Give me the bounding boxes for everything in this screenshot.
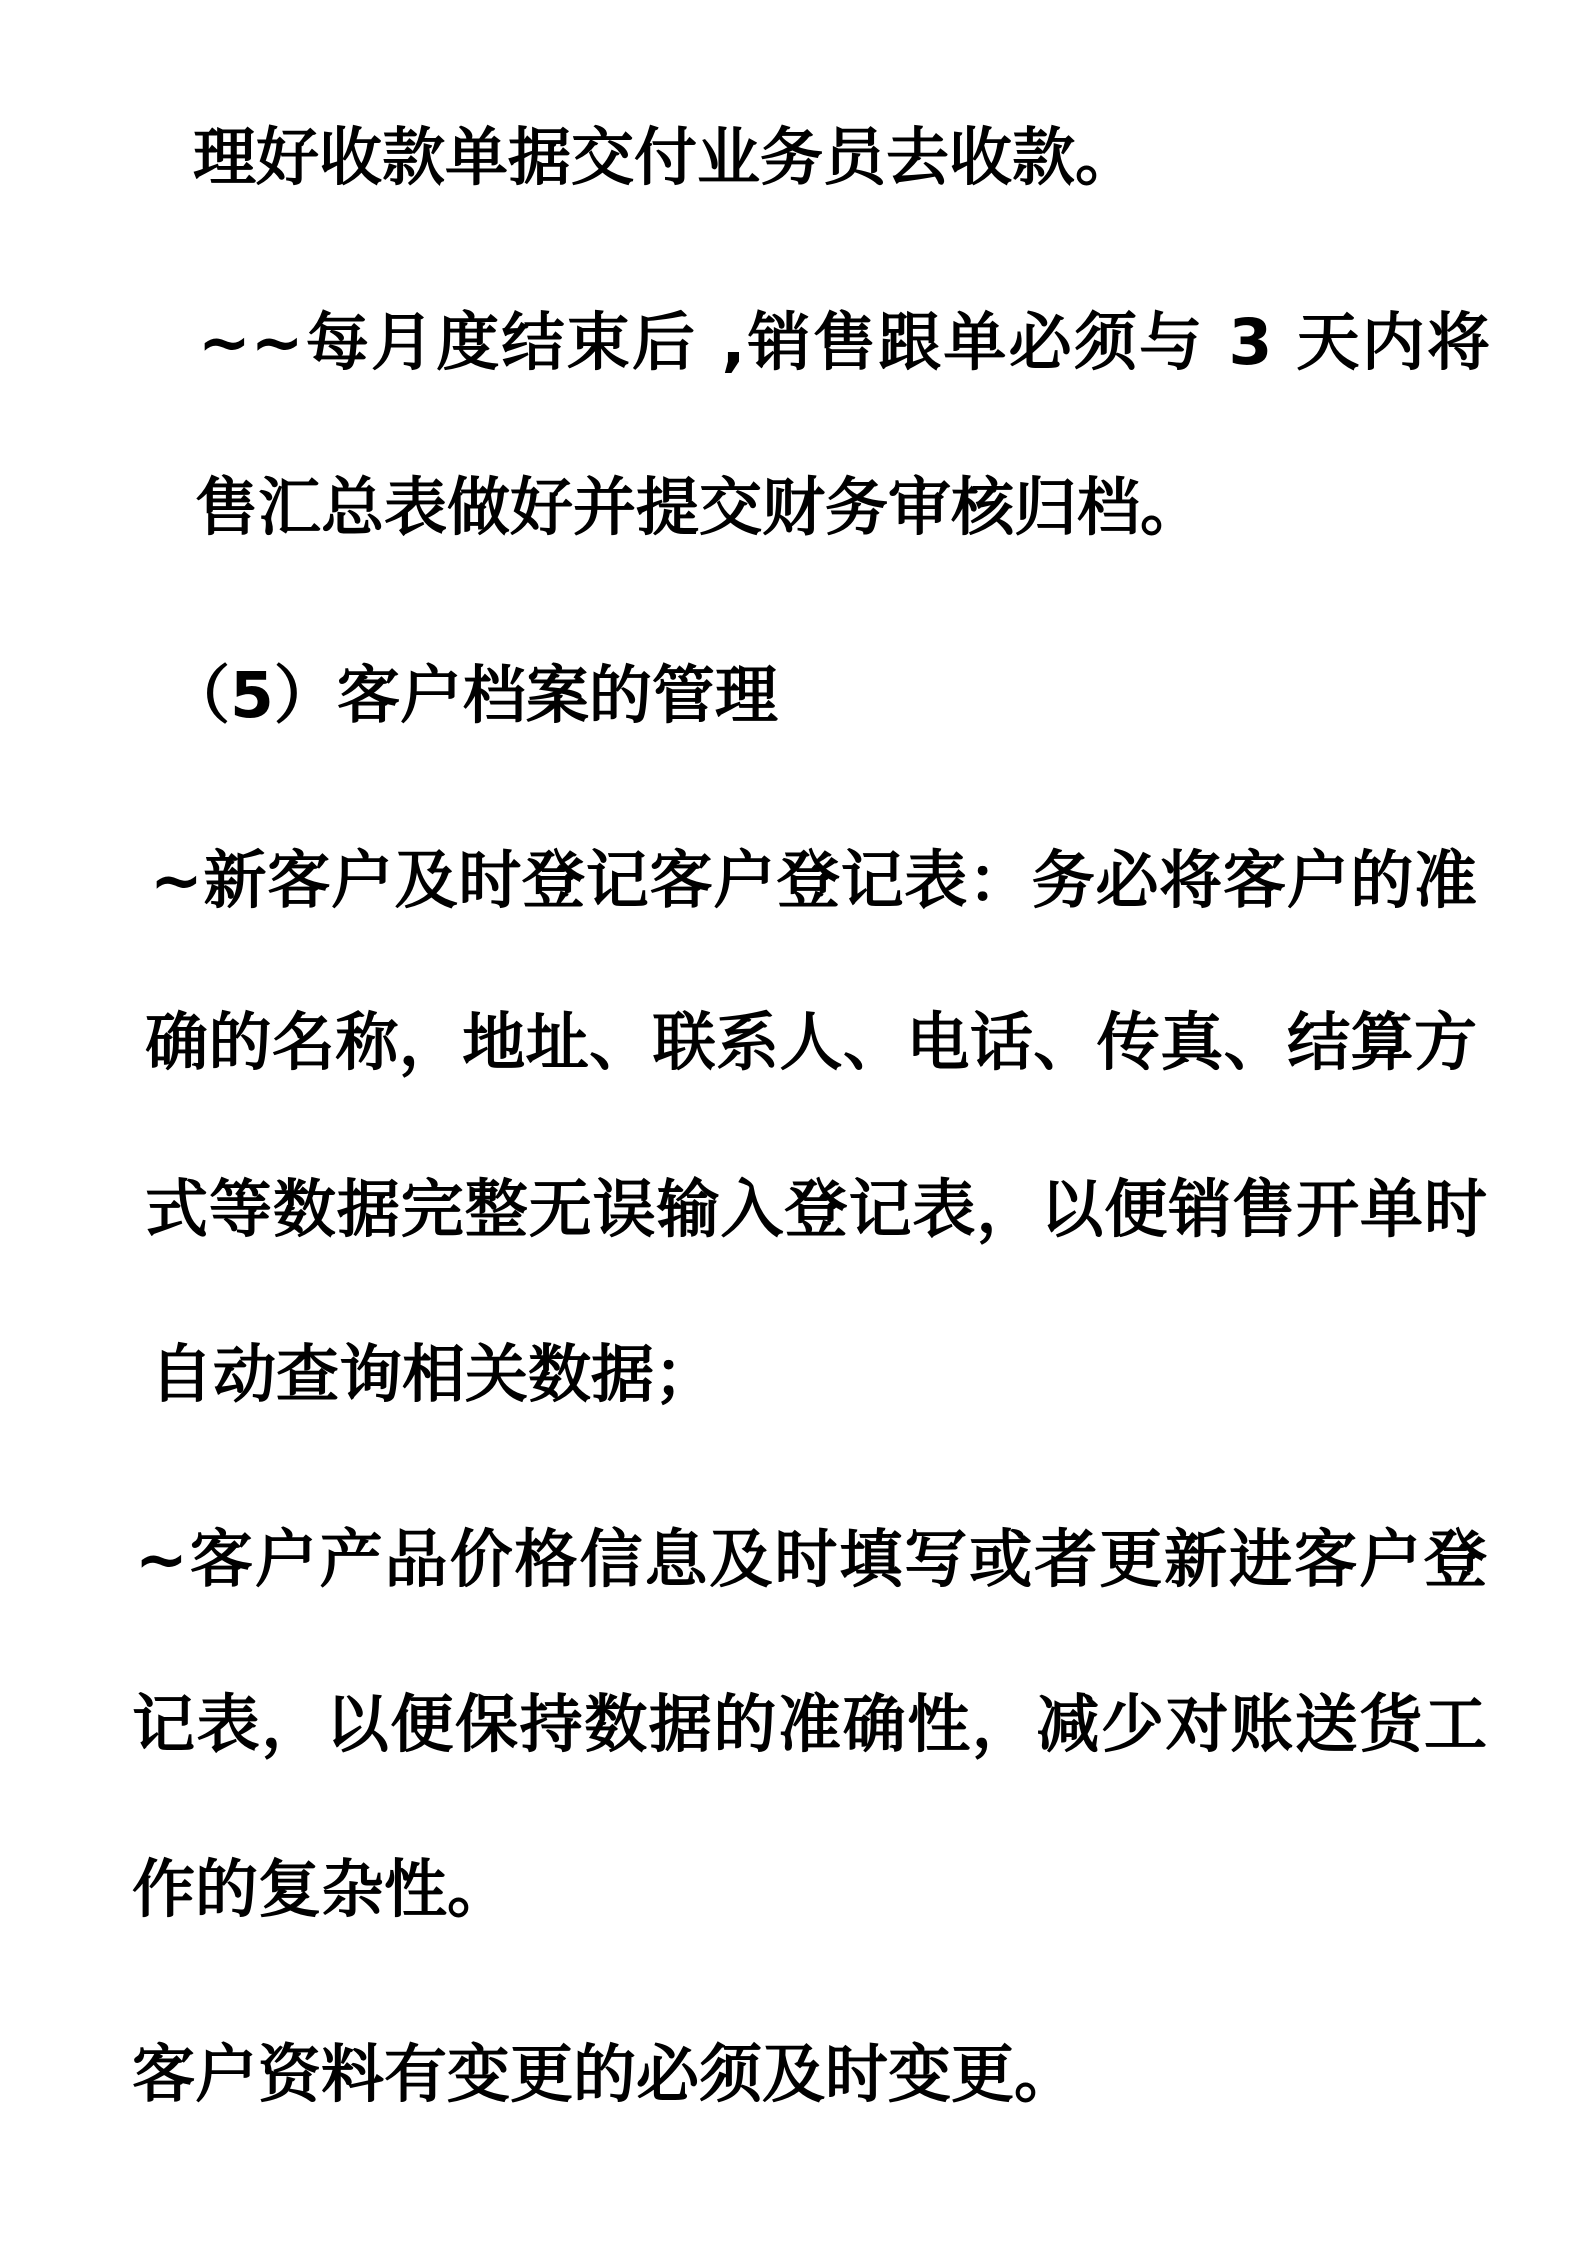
section-heading-customer-files: （5）客户档案的管理 (167, 656, 778, 736)
paragraph-line-new-customer-cont-3: 自动查询相关数据； (150, 1335, 717, 1415)
paragraph-line-price-info-cont-1: 记表，以便保持数据的准确性，减少对账送货工 (132, 1685, 1487, 1765)
paragraph-line-new-customer-cont-2: 式等数据完整无误输入登记表，以便销售开单时 (145, 1170, 1487, 1250)
paragraph-line-price-info: ~客户产品价格信息及时填写或者更新进客户登 (135, 1520, 1487, 1600)
paragraph-line-monthly-summary: ~~每月度结束后 ,销售跟单必须与 3 天内将销 (198, 303, 1490, 383)
paragraph-line-new-customer: ~新客户及时登记客户登记表：务必将客户的准 (150, 841, 1477, 921)
paragraph-line-receipt-handover: 理好收款单据交付业务员去收款。 (193, 118, 1138, 198)
paragraph-line-monthly-summary-cont: 售汇总表做好并提交财务审核归档。 (195, 468, 1203, 548)
paragraph-line-new-customer-cont-1: 确的名称，地址、联系人、电话、传真、结算方 (145, 1003, 1477, 1083)
paragraph-line-price-info-cont-2: 作的复杂性。 (132, 1850, 510, 1930)
document-page: 理好收款单据交付业务员去收款。 ~~每月度结束后 ,销售跟单必须与 3 天内将销… (0, 0, 1587, 2245)
paragraph-line-data-change: 客户资料有变更的必须及时变更。 (132, 2035, 1077, 2115)
